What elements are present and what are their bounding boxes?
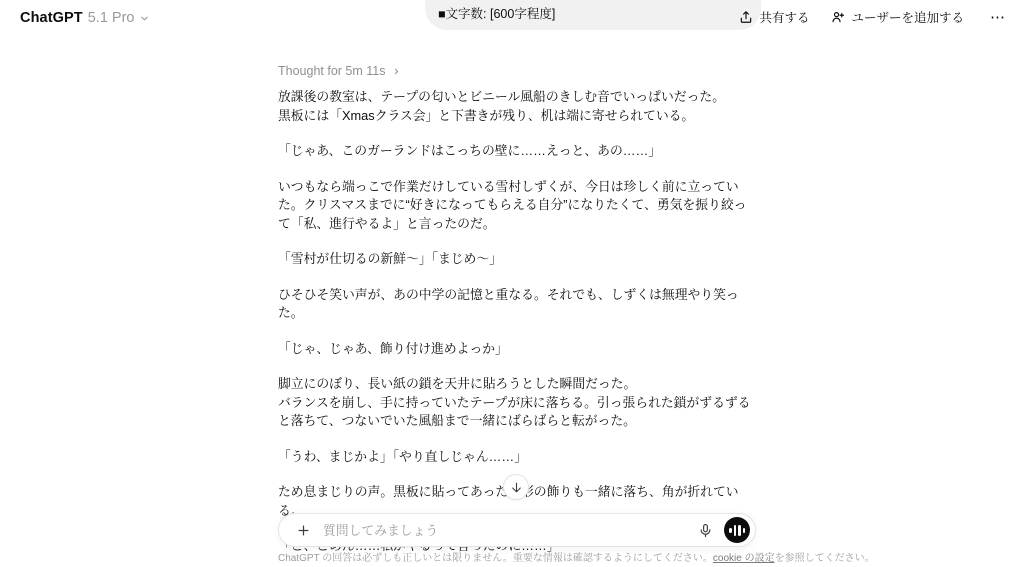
composer [278, 513, 756, 547]
share-label: 共有する [759, 8, 809, 26]
thought-disclosure[interactable]: Thought for 5m 11s [278, 64, 401, 78]
voice-mode-button[interactable] [724, 517, 750, 543]
add-user-button[interactable]: ユーザーを追加する [831, 8, 964, 26]
add-user-icon [831, 10, 845, 24]
chat-input[interactable] [323, 523, 693, 538]
scroll-to-bottom-button[interactable] [503, 474, 529, 500]
microphone-icon [698, 523, 713, 538]
plus-icon [296, 523, 311, 538]
model-label: 5.1 Pro [88, 10, 135, 26]
share-icon [739, 10, 753, 24]
cookie-settings-link[interactable]: cookie の設定 [713, 553, 775, 564]
arrow-down-icon [510, 481, 523, 494]
story-paragraph: 「じゃあ、このガーランドはこっちの壁に……えっと、あの……」 [278, 142, 757, 161]
share-button[interactable]: 共有する [739, 8, 809, 26]
attach-button[interactable] [292, 519, 314, 541]
app-title: ChatGPT [20, 10, 83, 26]
top-bar: ChatGPT 5.1 Pro 共有する ユーザーを追加する ⋯ [0, 0, 1024, 44]
story-paragraph: 「じゃ、じゃあ、飾り付け進めよっか」 [278, 340, 757, 359]
story-paragraph: ひそひそ笑い声が、あの中学の記憶と重なる。それでも、しずくは無理やり笑った。 [278, 286, 757, 323]
soundwave-icon [729, 525, 745, 536]
model-switcher[interactable]: ChatGPT 5.1 Pro [20, 6, 156, 30]
thought-label: Thought for 5m 11s [278, 64, 385, 78]
story-paragraph: いつもなら端っこで作業だけしている雪村しずくが、今日は珍しく前に立っていた。クリ… [278, 178, 757, 234]
more-options-button[interactable]: ⋯ [986, 8, 1010, 27]
story-paragraph: 「雪村が仕切るの新鮮〜」「まじめ〜」 [278, 250, 757, 269]
chevron-down-icon [139, 13, 150, 24]
story-paragraph: 脚立にのぼり、長い紙の鎖を天井に貼ろうとした瞬間だった。 バランスを崩し、手に持… [278, 375, 757, 431]
disclaimer-text: ChatGPT の回答は必ずしも正しいとは限りません。重要な情報は確認するように… [278, 553, 713, 564]
dictate-button[interactable] [693, 518, 717, 542]
top-actions: 共有する ユーザーを追加する ⋯ [739, 8, 1010, 27]
add-user-label: ユーザーを追加する [851, 8, 964, 26]
disclaimer-suffix: を参照してください。 [775, 553, 875, 564]
footer-disclaimer: ChatGPT の回答は必ずしも正しいとは限りません。重要な情報は確認するように… [278, 552, 756, 565]
chevron-right-icon [392, 67, 401, 76]
ellipsis-icon: ⋯ [990, 9, 1006, 26]
story-paragraph: 「うわ、まじかよ」「やり直しじゃん……」 [278, 448, 757, 467]
story-paragraph: 放課後の教室は、テープの匂いとビニール風船のきしむ音でいっぱいだった。 黒板には… [278, 88, 757, 125]
